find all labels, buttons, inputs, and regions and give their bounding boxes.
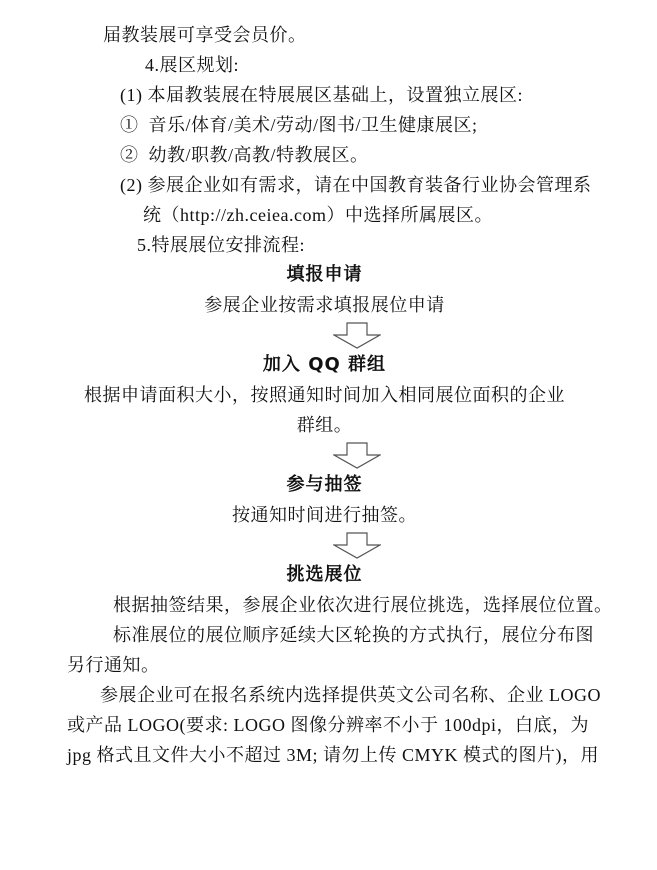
flow-step1-desc: 参展企业按需求填报展位申请	[67, 290, 582, 320]
para-standard-booth-line2: 另行通知。	[67, 650, 582, 680]
flow-step4-title: 挑选展位	[67, 560, 582, 590]
para-member-price: 届教装展可享受会员价。	[67, 20, 582, 50]
flow-arrow-2	[67, 440, 582, 470]
flow-step4-desc: 根据抽签结果，参展企业依次进行展位挑选，选择展位位置。	[67, 590, 582, 620]
flow-step3-desc: 按通知时间进行抽签。	[67, 500, 582, 530]
document-page: 届教装展可享受会员价。 4.展区规划: (1) 本届教装展在特展展区基础上，设置…	[0, 0, 657, 870]
para-standard-booth-line1: 标准展位的展位顺序延续大区轮换的方式执行，展位分布图	[67, 620, 582, 650]
down-arrow-icon	[333, 532, 381, 559]
section4-item2-line2: 统（http://zh.ceiea.com）中选择所属展区。	[67, 200, 582, 230]
section4-title: 4.展区规划:	[67, 50, 582, 80]
flow-arrow-3	[67, 530, 582, 560]
flow-step2-title: 加入 QQ 群组	[67, 350, 582, 380]
flow-step3-title: 参与抽签	[67, 470, 582, 500]
down-arrow-icon	[333, 322, 381, 349]
section4-subitem-2: ② 幼教/职教/高教/特教展区。	[67, 140, 582, 170]
section4-item2-line1: (2) 参展企业如有需求，请在中国教育装备行业协会管理系	[67, 170, 582, 200]
section4-item1: (1) 本届教装展在特展展区基础上，设置独立展区:	[67, 80, 582, 110]
para-logo-line1: 参展企业可在报名系统内选择提供英文公司名称、企业 LOGO	[67, 680, 582, 710]
para-logo-line3: jpg 格式且文件大小不超过 3M; 请勿上传 CMYK 模式的图片)，用	[67, 740, 582, 770]
flow-step2-desc-line2: 群组。	[67, 410, 582, 440]
down-arrow-icon	[333, 442, 381, 469]
section4-subitem-1: ① 音乐/体育/美术/劳动/图书/卫生健康展区;	[67, 110, 582, 140]
section5-title: 5.特展展位安排流程:	[67, 230, 582, 260]
flow-step2-desc-line1: 根据申请面积大小，按照通知时间加入相同展位面积的企业	[67, 380, 582, 410]
flow-step1-title: 填报申请	[67, 260, 582, 290]
flow-arrow-1	[67, 320, 582, 350]
para-logo-line2: 或产品 LOGO(要求: LOGO 图像分辨率不小于 100dpi，白底，为	[67, 710, 582, 740]
